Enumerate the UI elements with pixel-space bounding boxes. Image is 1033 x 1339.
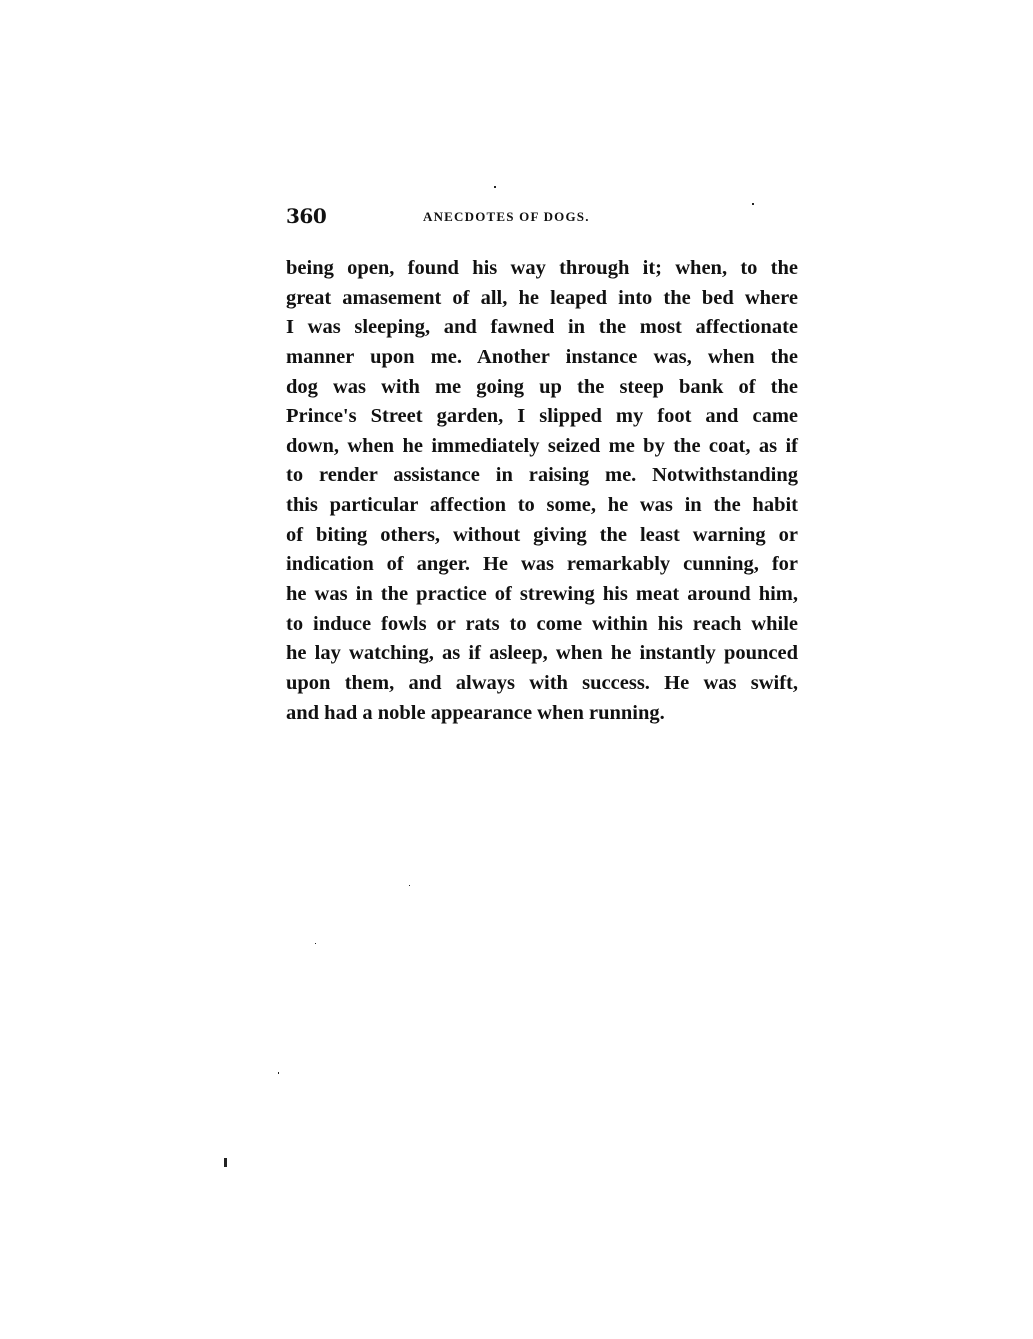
text-line: down, when he immediately seized me by t… — [286, 432, 798, 462]
text-line: dog was with me going up the steep bank … — [286, 373, 798, 403]
text-line: great amasement of all, he leaped into t… — [286, 284, 798, 314]
page-number: 360 — [286, 204, 326, 228]
text-line: manner upon me. Another instance was, wh… — [286, 343, 798, 373]
text-line: indication of anger. He was remarkably c… — [286, 550, 798, 580]
text-line: being open, found his way through it; wh… — [286, 254, 798, 284]
text-line: he lay watching, as if asleep, when he i… — [286, 639, 798, 669]
scan-speck — [315, 943, 316, 944]
text-line: this particular affection to some, he wa… — [286, 491, 798, 521]
text-line: upon them, and always with success. He w… — [286, 669, 798, 699]
text-line: and had a noble appearance when running. — [286, 699, 798, 729]
scan-speck — [494, 186, 496, 188]
scan-speck — [278, 1072, 279, 1074]
text-line: to induce fowls or rats to come within h… — [286, 610, 798, 640]
text-line: Prince's Street garden, I slipped my foo… — [286, 402, 798, 432]
text-line: of biting others, without giving the lea… — [286, 521, 798, 551]
text-line: to render assistance in raising me. Notw… — [286, 461, 798, 491]
text-line: he was in the practice of strewing his m… — [286, 580, 798, 610]
scan-speck — [752, 203, 754, 205]
page-header: 360 ANECDOTES OF DOGS. — [286, 204, 798, 232]
scan-speck — [224, 1158, 227, 1167]
book-page: 360 ANECDOTES OF DOGS. being open, found… — [0, 0, 1033, 1339]
text-line: I was sleeping, and fawned in the most a… — [286, 313, 798, 343]
body-paragraph: being open, found his way through it; wh… — [286, 254, 798, 728]
scan-speck — [409, 885, 410, 886]
running-head: ANECDOTES OF DOGS. — [423, 209, 590, 225]
